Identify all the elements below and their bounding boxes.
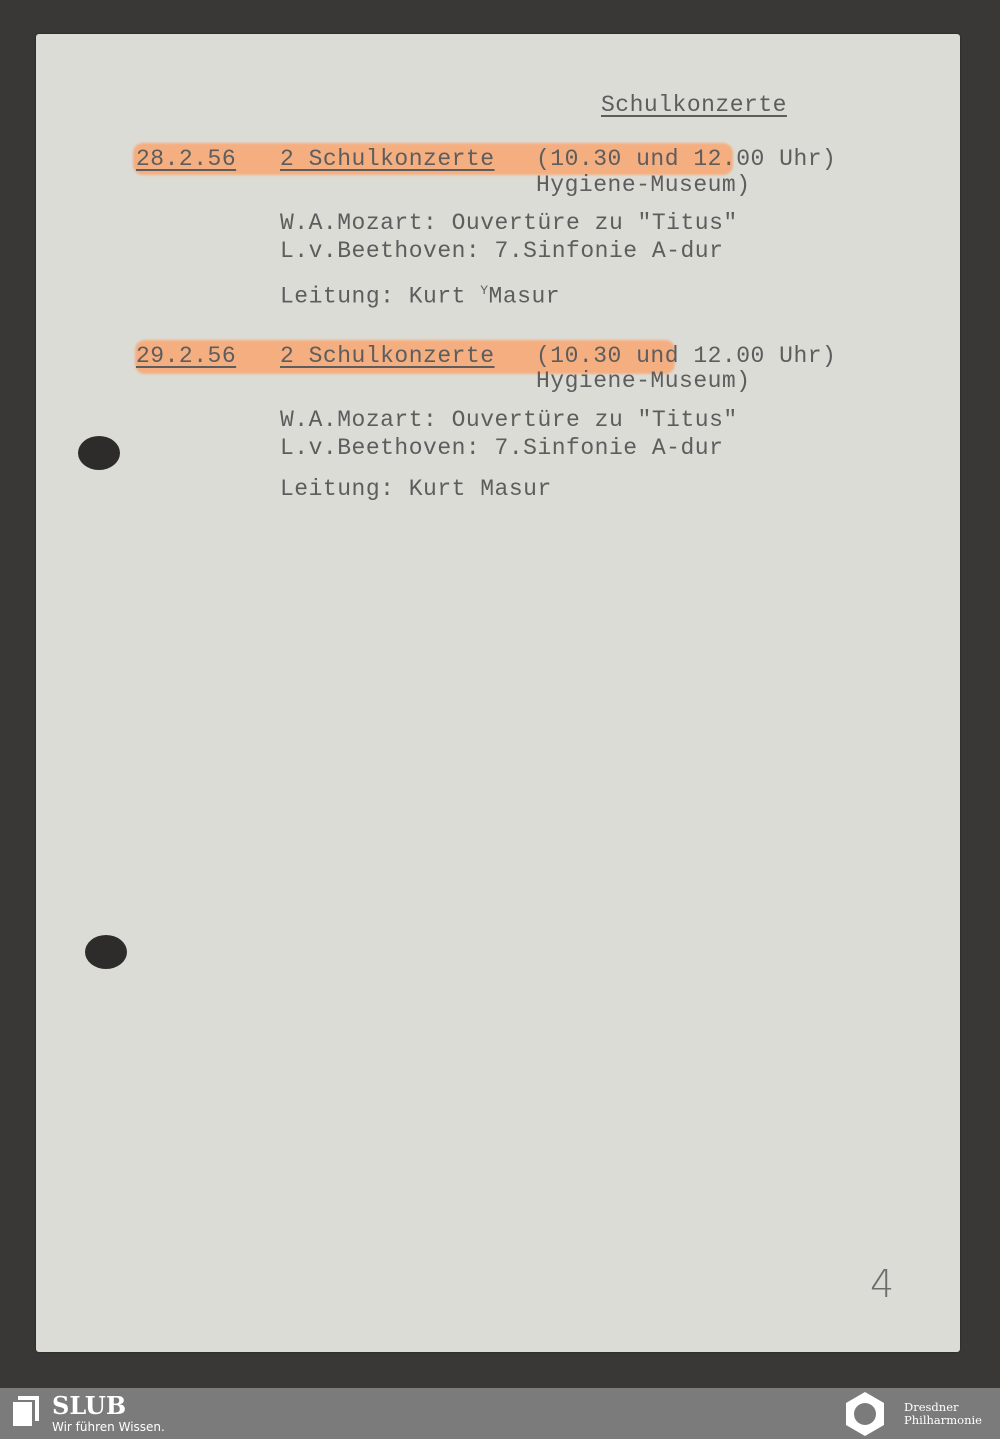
conductor-label: Leitung: Kurt xyxy=(280,284,480,310)
philharmonie-logo-text[interactable]: Dresdner Philharmonie xyxy=(904,1401,982,1427)
slub-book-icon xyxy=(13,1396,39,1426)
entry-date: 29.2.56 xyxy=(136,343,236,369)
conductor-mark: Y xyxy=(480,283,488,298)
conductor-line: Leitung: Kurt Masur xyxy=(280,476,552,502)
philharmonie-sun-icon xyxy=(842,1391,888,1437)
entry-title: 2 Schulkonzerte xyxy=(280,146,495,172)
philharmonie-line2: Philharmonie xyxy=(904,1414,982,1427)
footer-bar: SLUB Wir führen Wissen. Dresdner Philhar… xyxy=(0,1388,1000,1439)
entry-venue: Hygiene-Museum) xyxy=(536,172,751,198)
entry-date: 28.2.56 xyxy=(136,146,236,172)
page-number: 4 xyxy=(870,1262,894,1306)
document-heading: Schulkonzerte xyxy=(601,92,787,118)
conductor-line: Leitung: Kurt YMasur xyxy=(280,278,560,310)
program-line: L.v.Beethoven: 7.Sinfonie A-dur xyxy=(280,238,723,264)
entry-times: (10.30 und 12.00 Uhr) xyxy=(536,343,836,369)
conductor-label: Leitung: Kurt xyxy=(280,476,480,502)
punch-hole xyxy=(85,935,127,969)
entry-title: 2 Schulkonzerte xyxy=(280,343,495,369)
punch-hole xyxy=(78,436,120,470)
entry-times: (10.30 und 12.00 Uhr) xyxy=(536,146,836,172)
program-line: L.v.Beethoven: 7.Sinfonie A-dur xyxy=(280,435,723,461)
conductor-name: Masur xyxy=(489,284,561,310)
conductor-name: Masur xyxy=(480,476,552,502)
program-line: W.A.Mozart: Ouvertüre zu "Titus" xyxy=(280,210,738,236)
entry-venue: Hygiene-Museum) xyxy=(536,368,751,394)
slub-logo-tagline: Wir führen Wissen. xyxy=(52,1420,165,1434)
program-line: W.A.Mozart: Ouvertüre zu "Titus" xyxy=(280,407,738,433)
slub-logo-name[interactable]: SLUB xyxy=(52,1391,126,1420)
